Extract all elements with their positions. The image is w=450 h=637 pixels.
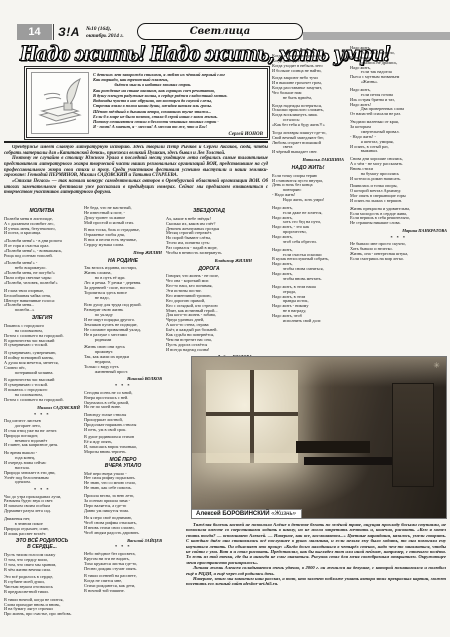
poem-column-4: * * *Когда за ночью нет рассвета, Когда … [272,46,344,356]
stanza-separator: * * * [350,236,447,241]
poem-stanza: Под шелест листьев догорает лето, И стая… [4,419,80,448]
intro-paragraph: Поэтому не случайно в столицу Южного Ура… [4,156,268,179]
poem-author: Наталья ЛАКШИНА [272,158,344,163]
horizontal-rule [4,141,268,143]
issue-date: октябрь 2014 г. [86,33,124,40]
stanza-separator: * * * [272,48,344,53]
poem-title: НАДО ЖИТЬ! [272,166,344,172]
poem-column-1: МОЛИТВАПолюби меня в листопаде, А с дыха… [4,206,80,630]
poem-stanza: Прошла весна, за нею лето, За осенью при… [84,494,162,514]
photo-table-silhouette [296,441,370,453]
artwork-photo: ✳ Алексей БОРОВИНСКИЙ «Жизнь» [192,357,446,518]
poem-stanza: Не беда, что не маститый, Не известный я… [84,206,162,226]
poem-stanza: Не бывало мне просто скучно, Хоть бывало… [350,242,447,262]
poem-stanza: Моё перо вчера упало - Нет силы рифму по… [84,472,162,492]
photo-credit-author: Алексей БОРОВИНСКИЙ [196,511,270,517]
poem-stanza: Надо жить, если жил неумело, Если бодро,… [350,46,447,85]
poem-stanza: Но я перо своё поднимаю, Чтоб снова рифм… [84,516,162,536]
poem-author: Пётр ЖИЛИН [84,251,162,256]
poem-column-2: Не беда, что не маститый, Не известный я… [84,206,162,630]
intro-text: Оренбуржье имеет славную литературную ис… [4,145,268,205]
caption-paragraph: Наверное, этим мы закончим наш рассказ, … [186,576,446,587]
photo-credit-title: «Жизнь» [271,511,296,517]
poem-author: Михаил САДОВСКИЙ [4,406,80,411]
poem-stanza: Всю душу для труда под рукой. Размерят с… [84,303,162,342]
photo-signature-mark: ✳ [433,361,440,370]
poem-stanza: Полюби меня в листопаде, А с дыханьем по… [4,217,80,237]
poem-stanza: Уводили маленько от края, За которым сме… [350,120,447,154]
poem-stanza: Пусть тихим голосом скажу О том, что сер… [4,553,80,573]
masthead-divider [53,24,54,40]
stanza-separator: * * * [4,488,80,493]
poem-title: МОЁ ПЕРО ВЧЕРА УПАЛО [84,458,162,470]
caption-paragraph: Тяжёлая болезнь костей не позволила Алёш… [186,522,446,565]
poem-line: Я - поэт! А значит, я - мессия! А мессия… [93,124,263,129]
photo-doorway [392,383,434,487]
poem-author: Владимир ЖИЛИН [166,259,252,264]
poem-stanza: Когда за ночью нет рассвета, Когда расхо… [272,54,344,74]
masthead-bar [303,32,450,40]
photo-window [206,370,298,463]
quill-inkwell-icon [34,75,86,131]
photo-credit: Алексей БОРОВИНСКИЙ «Жизнь» [192,509,302,518]
poem-stanza: Час до утра прокладывал лучи, Размыты бу… [4,495,80,515]
poem-title: НА РОДИНЕ [84,259,162,265]
poem-stanza: Когда надежды потеряться, Осколки прошло… [272,104,344,128]
page-number: 14 [17,24,52,40]
poem-author: Василий ЗАЙЦЕВ [84,539,162,544]
stanza-separator: * * * [84,384,162,389]
poem-stanza: Движенья нет, в земном покое Природа отд… [4,517,80,537]
intro-paragraph: «Стихия Пегаса» — так назвали конкурс са… [4,179,268,196]
poem-stanza: В одиночества час высокий Я сумерничаю с… [4,378,80,402]
poem-column-3: ЗВЕЗДОПАДАх, какие в небе звёзды! Скольк… [166,206,252,356]
window-frame-vertical [250,370,254,463]
poem-stanza: Надо жить, если даже не хочется, Надо жи… [272,206,344,245]
poem-stanza: В тиши осенней на рассвете, Когда не спи… [84,574,162,594]
poem-stanza: Это всё родилось в сердце, В глубине мое… [4,575,80,595]
poem-stanza: Сегодня осень не со мной, Вчера простила… [84,391,162,411]
newspaper-logo: З!А [58,25,80,39]
poem-title: ЭЛЕГИЯ [4,316,80,322]
poem-stanza: Но время вышло - года конец, И очередь з… [4,451,80,485]
poem-stanza: Покаюсь с городского на соловьином, Пото… [4,324,80,348]
poem-stanza: Надо жить, если петля готова Иль острая … [350,88,447,117]
poem-title: ЗВЕЗДОПАД [166,209,252,215]
lead-poem-author: Сергей ИОНОВ [93,132,263,137]
section-title: Светлица [190,26,251,37]
poem-author: Николай ВОЛКОВ [84,377,162,382]
poem-stanza: Снова дни хорошие снились, А о чём - не … [350,157,447,181]
masthead: 14 З!А №10 (164), октябрь 2014 г. Светли… [0,24,450,42]
stanza-separator: * * * [84,545,162,550]
lead-poem: С детских лет заворожён стихами, я люблю… [93,72,263,134]
newspaper-page: 14 З!А №10 (164), октябрь 2014 г. Светли… [0,0,450,637]
lead-poem-box: С детских лет заворожён стихами, я люблю… [24,66,270,140]
section-capsule: Светлица [137,23,303,40]
poem-stanza: В тиши ночной, когда не спится, Слова пр… [4,598,80,618]
poem-author: Любовь КОЗЛОВА [166,355,252,356]
poem-stanza: Небо звёздное без просвета, Кругом ни зг… [84,552,162,572]
poem-stanza: Повсюду голые стволы Прошуршат листвой, … [84,413,162,433]
poem-column-5: Надо жить, если жил неумело, Если бодро,… [350,46,447,356]
poem-stanza: В душе родившихся стихов Её я жду опять,… [84,435,162,455]
poem-author: Марина ПАНКРАТОВА [350,229,447,234]
poem-stanza: «Полюби меня!» - в дни ропота Я от горя … [4,239,80,259]
poem-stanza: Ах, какие в небе звёзды! Сколько их, как… [166,217,252,256]
caption-paragraph: Личная жизнь Алексея складывается очень … [186,565,446,576]
intro-paragraph: Оренбуржье имеет славную литературную ис… [4,145,268,156]
quill-inkwell-illustration [31,72,89,134]
poem-stanza: Я сумерничаю, сумерничаю, И пойму всемир… [4,351,80,375]
poem-stanza: В них тоска, боль и страданье, Отраженье… [84,228,162,248]
poem-stanza: Так велось издавна, исстари, Жизнь сложн… [84,266,162,300]
poem-stanza: Надо жить, в этом наша отрада, Надо жить… [272,285,344,324]
lead-poem-text: С детских лет заворожён стихами, я люблю… [93,72,263,130]
poem-stanza: Надо жить, если счастья осколки В кулак … [272,248,344,282]
poem-title: ЭТО ВСЁ РОДИЛОСЬ В СЕРДЦЕ... [4,539,80,551]
stanza-separator: * * * [4,413,80,418]
poem-stanza: Тогда литавры пляшут где-то, Свой вечный… [272,131,344,155]
poem-stanza: Когда закроют небо тучи И в вышине грохо… [272,76,344,100]
poem-stanza: Жизнь прекрасна и удивительна, Если моло… [350,207,447,227]
photo-caption-text: Тяжёлая болезнь костей не позволила Алёш… [186,522,446,612]
poem-stanza: «Полюби меня!» - небо вскрикнуло. «Полюб… [4,261,80,285]
poem-title: МОЛИТВА [4,209,80,215]
window-frame-horizontal [206,412,298,416]
poem-stanza: Говорят, что жизнь - не поле, Что она - … [166,274,252,352]
poem-stanza: Жизнь свою они здесь проживут. Так, как … [84,345,162,374]
issue-info: №10 (164), октябрь 2014 г. [86,26,124,41]
poem-stanza: Появилась и точка опоры, О которой мечта… [350,184,447,204]
poem-title: ДОРОГА [166,267,252,273]
poem-stanza: Если точку опоры теряю И становится пуст… [272,174,344,203]
poem-stanza: И глаза твои озорные, Бесшабашная чайка … [4,289,80,313]
